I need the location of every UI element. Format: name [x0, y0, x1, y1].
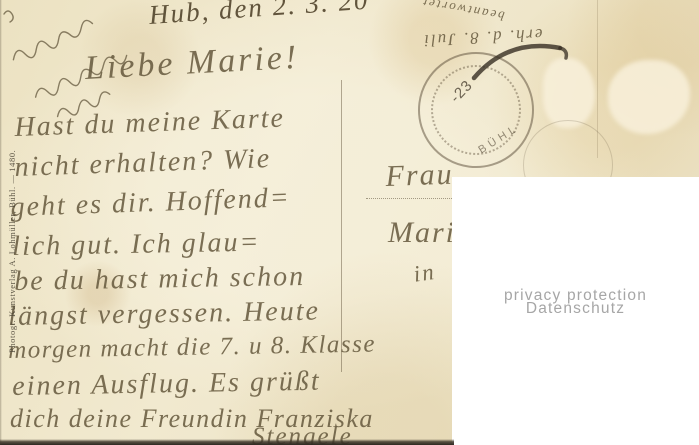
privacy-overlay: privacy protection Datenschutz: [452, 177, 699, 445]
scan-edge-left: [0, 0, 2, 445]
message-line: einen Ausflug. Es grüßt: [12, 366, 321, 403]
privacy-text-de: Datenschutz: [452, 302, 699, 316]
postcard-scan: Hub, den 2. 3. 20 erh. d. 8. Juli beantw…: [0, 0, 699, 445]
message-line: lich gut. Ich glau=: [12, 227, 261, 263]
cancellation-stroke: [468, 30, 578, 90]
scan-edge-bottom: [0, 439, 454, 445]
message-line: be du hast mich schon: [14, 261, 305, 298]
address-name: Mari: [388, 216, 456, 250]
address-in: in: [412, 259, 437, 288]
address-dotted-line: [366, 198, 452, 199]
address-divider-line: [341, 80, 342, 372]
note-line-answered: beantwortet: [350, 0, 505, 24]
message-line: längst vergessen. Heute: [8, 296, 320, 333]
publisher-imprint: Photogr. Kunstverlag A. Lohmüller, Bühl.…: [7, 150, 17, 353]
